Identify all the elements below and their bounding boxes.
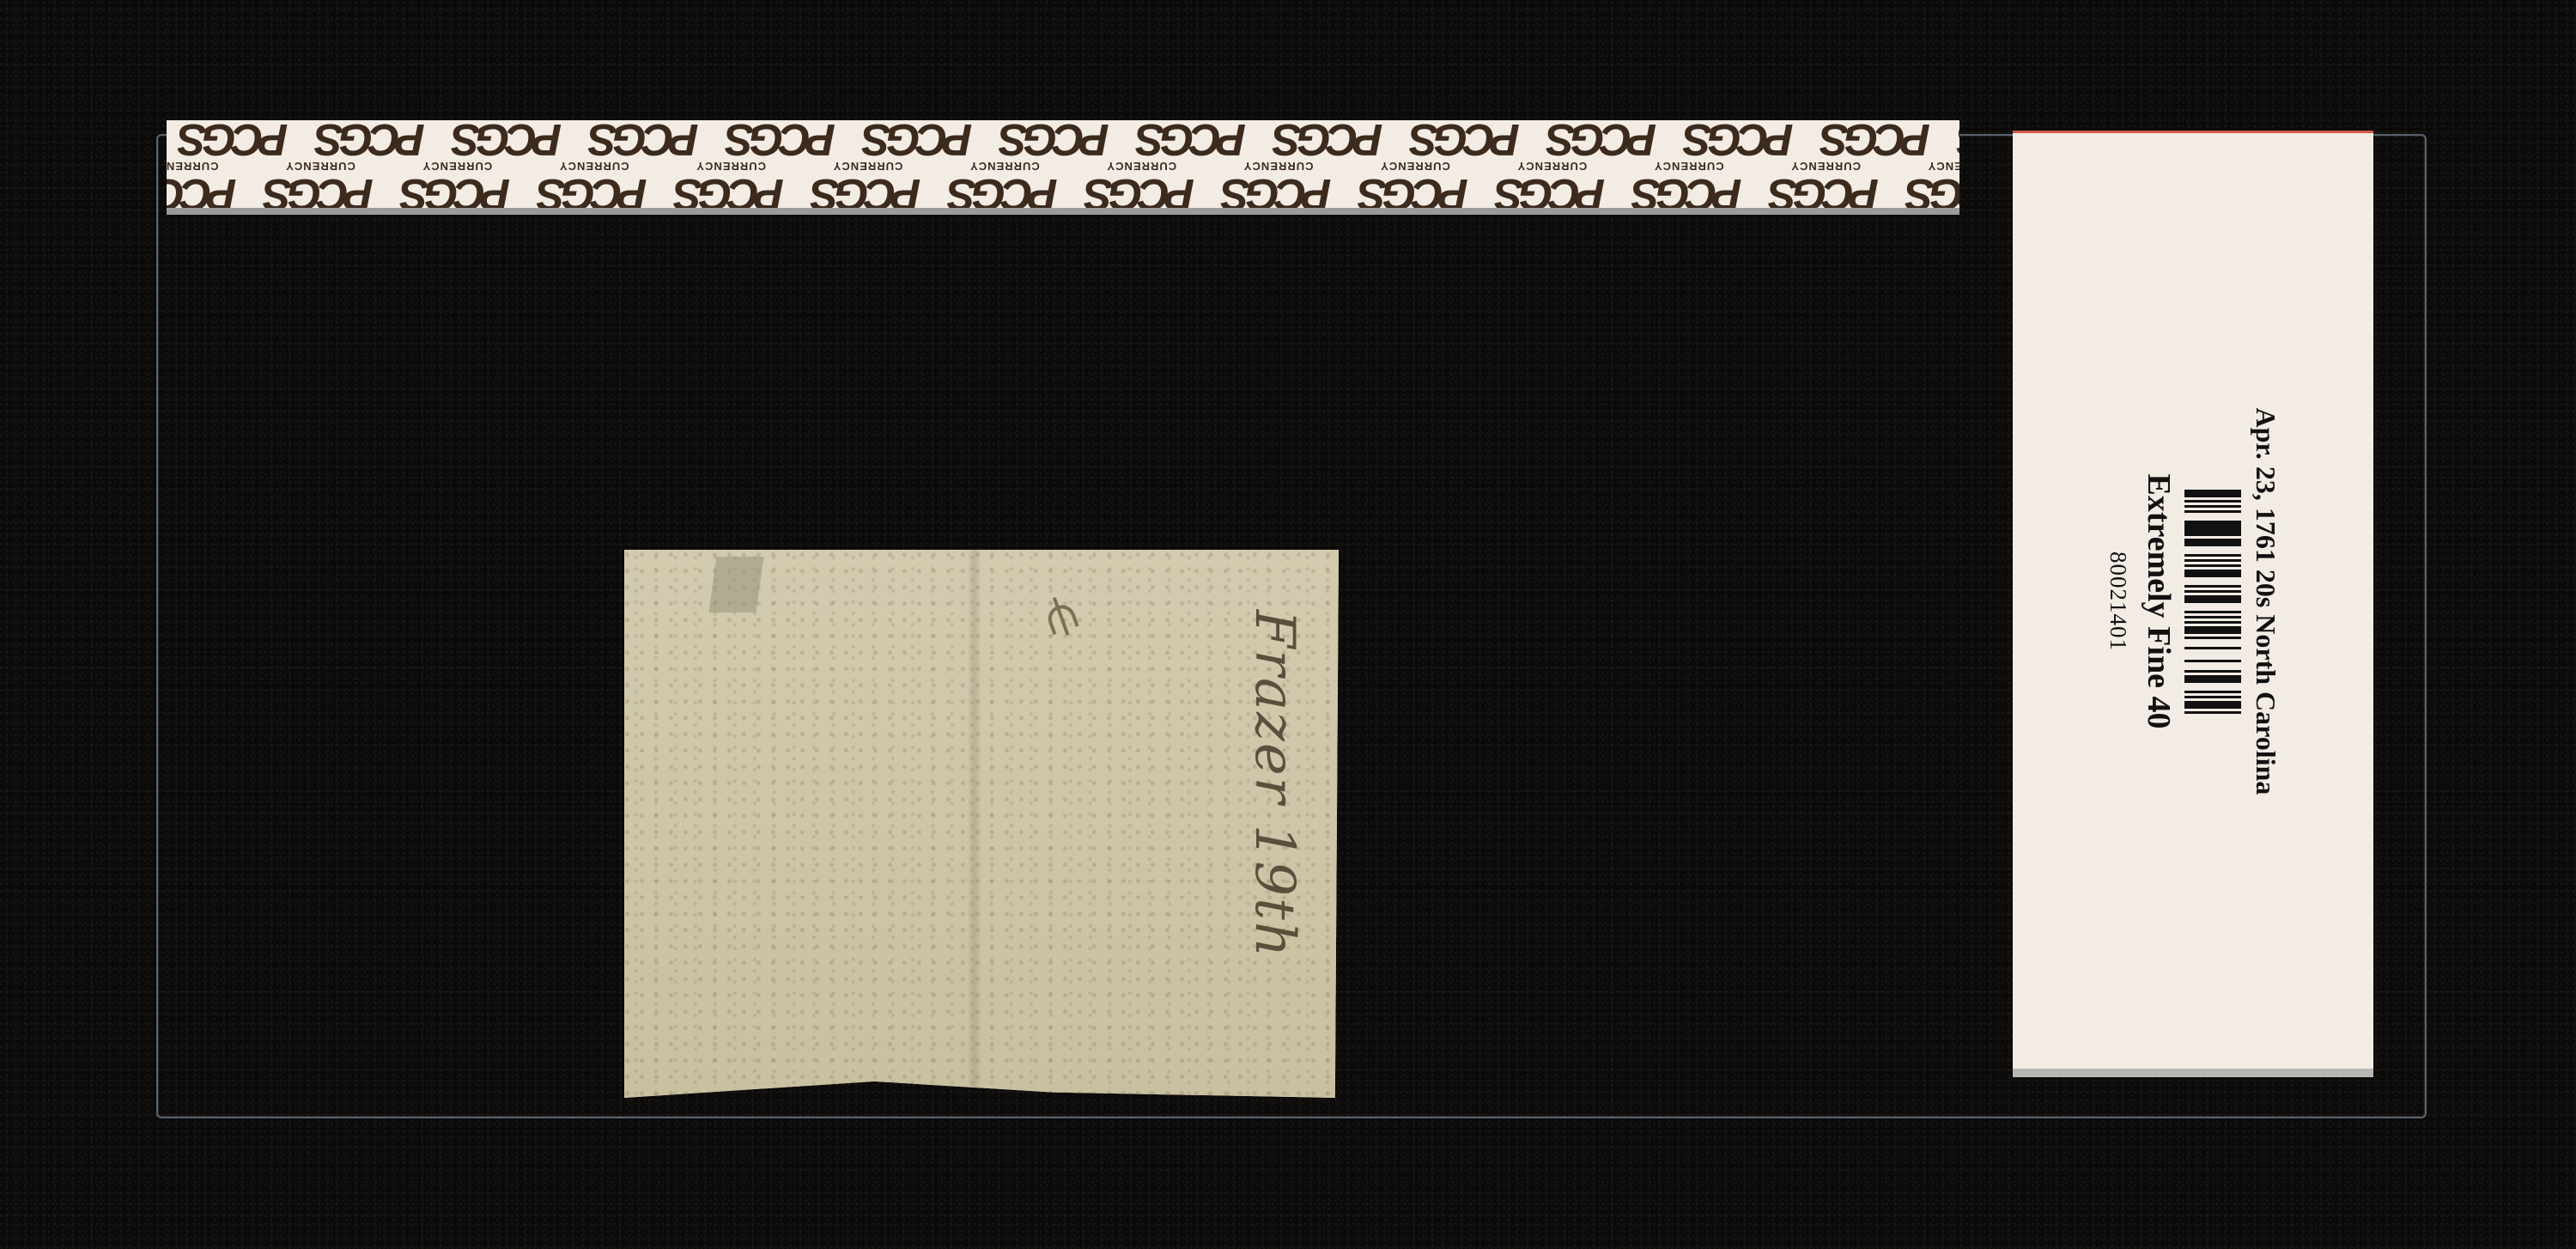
pcgs-logo-icon: PCGSCURRENCY bbox=[167, 160, 236, 215]
pcgs-logo-icon: PCGSCURRENCY bbox=[267, 160, 373, 215]
grade-text: Extremely Fine 40 bbox=[2140, 361, 2178, 842]
tape-row-bottom: PCGSCURRENCYPCGSCURRENCYPCGSCURRENCYPCGS… bbox=[167, 160, 1959, 215]
banknote-back: ⫛ Frazer 19th bbox=[624, 550, 1339, 1098]
pcgs-logo-icon: PCGSCURRENCY bbox=[815, 160, 920, 215]
pcgs-logo-icon: PCGSCURRENCY bbox=[404, 160, 510, 215]
pcgs-logo-icon: PCGSCURRENCY bbox=[1910, 160, 1959, 215]
pcgs-logo-icon: PCGSCURRENCY bbox=[1225, 160, 1331, 215]
pcgs-logo-icon: PCGS bbox=[456, 120, 562, 161]
pcgs-logo-icon: PCGS bbox=[592, 120, 698, 161]
label-content: Apr. 23, 1761 20s North Carolina Extreme… bbox=[2105, 361, 2281, 842]
pcgs-logo-icon: PCGS bbox=[1277, 120, 1382, 161]
grading-label: Apr. 23, 1761 20s North Carolina Extreme… bbox=[2013, 131, 2373, 1077]
pcgs-logo-icon: PCGSCURRENCY bbox=[1636, 160, 1741, 215]
pcgs-currency-tape: PCGSPCGSPCGSPCGSPCGSPCGSPCGSPCGSPCGSPCGS… bbox=[167, 120, 1959, 215]
barcode-icon bbox=[2184, 361, 2241, 842]
pcgs-logo-icon: PCGSCURRENCY bbox=[1362, 160, 1467, 215]
hinge-tape-mark bbox=[708, 557, 763, 612]
pcgs-logo-icon: PCGSCURRENCY bbox=[951, 160, 1057, 215]
handwritten-symbol: ⫛ bbox=[1036, 581, 1084, 648]
note-description: Apr. 23, 1761 20s North Carolina bbox=[2250, 361, 2281, 842]
pcgs-logo-icon: PCGSCURRENCY bbox=[541, 160, 647, 215]
cert-number: 80021401 bbox=[2105, 361, 2131, 842]
pcgs-logo-icon: PCGS bbox=[1140, 120, 1246, 161]
handwritten-signature: Frazer 19th bbox=[1242, 610, 1306, 959]
pcgs-logo-icon: PCGS bbox=[866, 120, 972, 161]
pcgs-logo-icon: PCGS bbox=[1687, 120, 1793, 161]
pcgs-logo-icon: PCGS bbox=[319, 120, 424, 161]
pcgs-logo-icon: PCGSCURRENCY bbox=[1089, 160, 1194, 215]
pcgs-logo-icon: PCGS bbox=[1413, 120, 1519, 161]
pcgs-logo-icon: PCGS bbox=[730, 120, 835, 161]
tape-row-top: PCGSPCGSPCGSPCGSPCGSPCGSPCGSPCGSPCGSPCGS… bbox=[167, 120, 1959, 161]
pcgs-logo-icon: PCGSCURRENCY bbox=[1499, 160, 1605, 215]
pcgs-logo-icon: PCGS bbox=[1825, 120, 1930, 161]
pcgs-logo-icon: PCGSCURRENCY bbox=[1773, 160, 1879, 215]
pcgs-logo-icon: PCGS bbox=[182, 120, 288, 161]
pcgs-logo-icon: PCGS bbox=[1003, 120, 1109, 161]
pcgs-logo-icon: PCGSCURRENCY bbox=[678, 160, 784, 215]
pcgs-logo-icon: PCGS bbox=[1551, 120, 1656, 161]
